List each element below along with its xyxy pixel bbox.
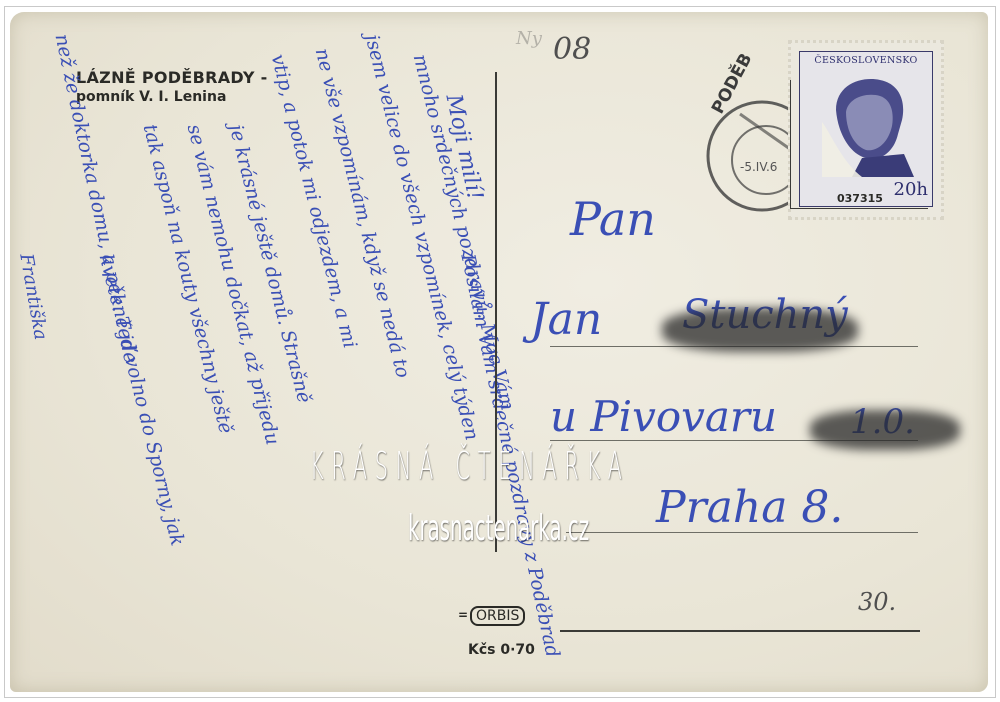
watermark-url: krasnactenarka.cz [408,508,589,549]
stamp-value: 20h [894,179,929,200]
pencil-note-bottom: 30. [858,588,896,616]
publisher-prefix: = [458,608,468,622]
postage-stamp: ČESKOSLOVENSKO 20h 037315 [788,40,944,220]
pencil-note-faint: Ny [516,28,542,49]
address-line-4 [560,630,920,632]
address-first-name: Jan [530,294,602,345]
publisher-logo: ORBIS [470,606,525,626]
address-city: Praha 8. [656,482,843,533]
address-salutation: Pan [570,192,656,246]
postmark-date: -5.IV.6 [740,160,777,174]
stamp-design: ČESKOSLOVENSKO 20h [799,51,933,207]
redaction-smudge [810,410,960,450]
handwritten-message: Moji milí! Posílám Vám srdečné pozdravy … [10,12,490,692]
stamp-box-line [790,208,928,209]
message-signature: Františka [15,252,51,342]
stamp-box-line-vertical [790,80,791,208]
stamp-serial: 037315 [837,192,883,205]
price: Kčs 0·70 [468,642,535,658]
redaction-smudge [662,308,858,352]
watermark-brand: KRÁSNÁ ČTENÁŘKA [310,444,630,488]
portrait-icon [822,72,914,177]
message-line: než že doktorka domu, a pěkně jde [50,32,141,365]
postcard-back: LÁZNĚ PODĚBRADY - pomník V. I. Lenina Mo… [10,12,988,692]
pencil-note-top: 08 [553,32,591,67]
stamp-country: ČESKOSLOVENSKO [800,55,932,66]
address-street: u Pivovaru [550,392,777,441]
